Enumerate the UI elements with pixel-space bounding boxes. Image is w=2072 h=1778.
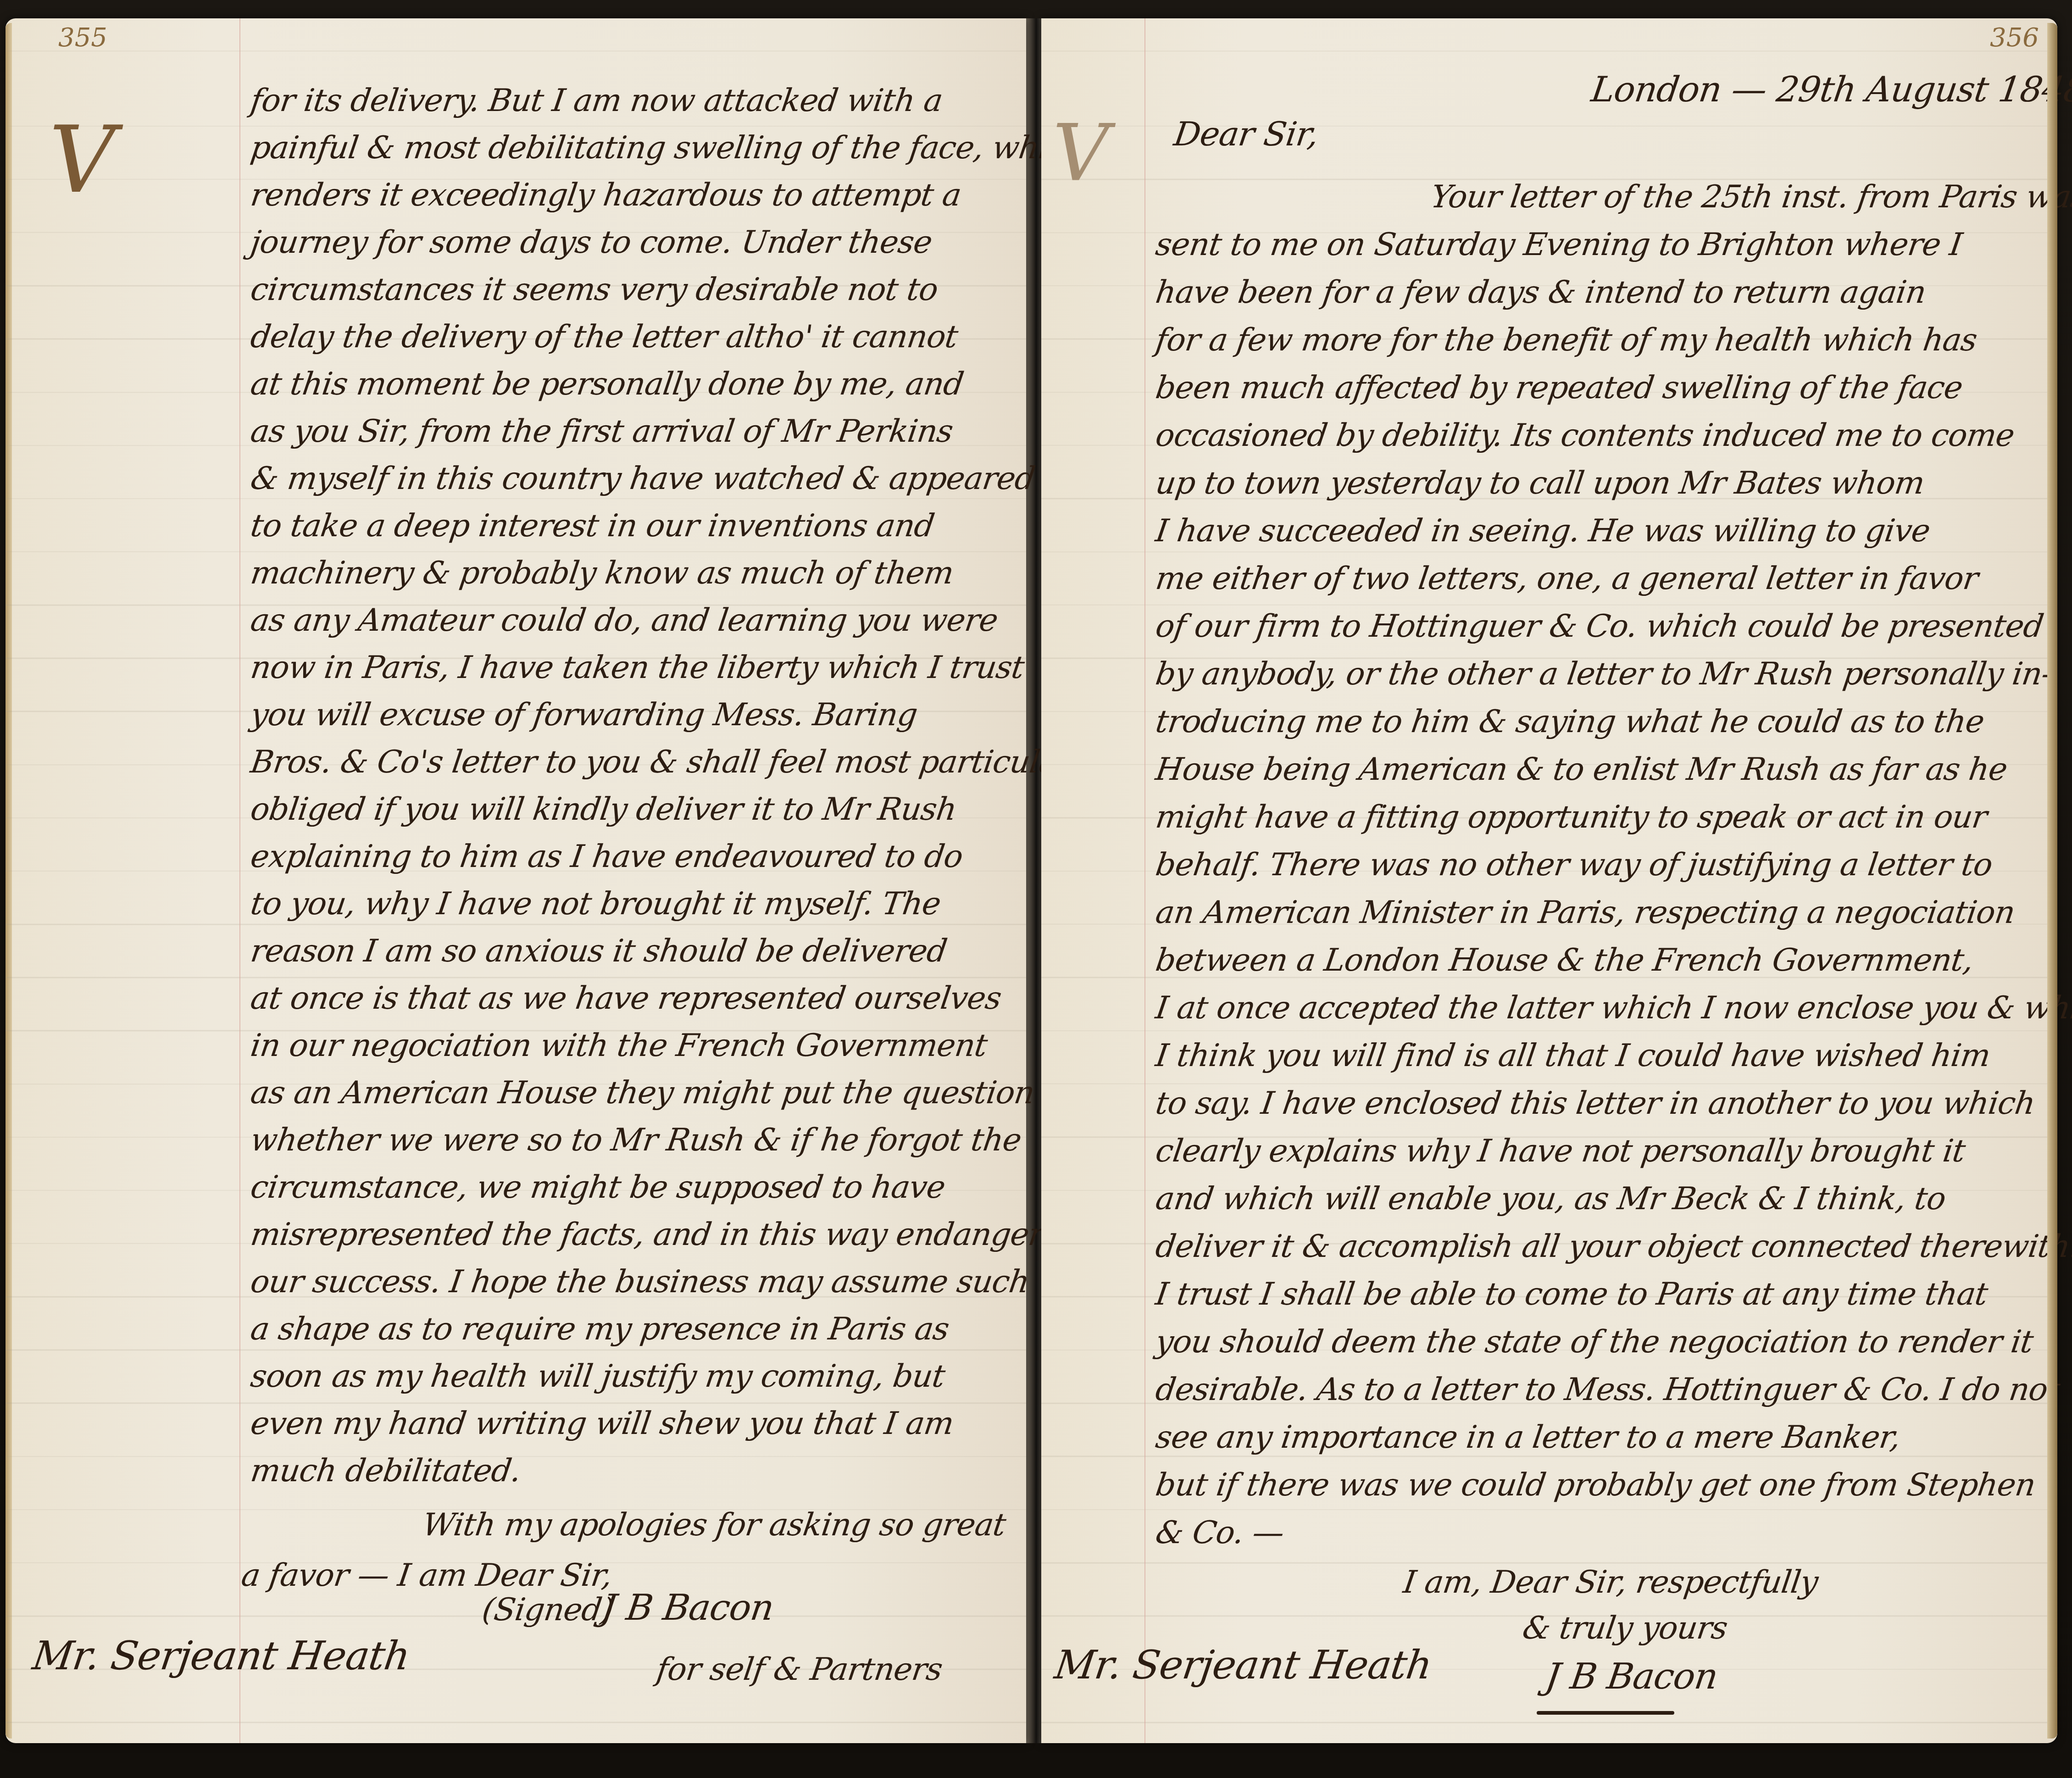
open-ledger-book: 355 V for its delivery. But I am now att…: [0, 0, 2072, 1778]
text-line: I trust I shall be able to come to Paris…: [1153, 1276, 1989, 1312]
text-line: between a London House & the French Gove…: [1153, 942, 1975, 978]
text-line: as you Sir, from the first arrival of Mr…: [248, 413, 955, 450]
salutation: Dear Sir,: [1172, 115, 1321, 153]
text-line: circumstances it seems very desirable no…: [248, 272, 940, 308]
text-line: for its delivery. But I am now attacked …: [248, 83, 944, 119]
margin-rule: [239, 18, 240, 1743]
text-line: painful & most debilitating swelling of …: [248, 130, 1087, 166]
text-line: behalf. There was no other way of justif…: [1153, 847, 1994, 883]
text-line: reason I am so anxious it should be deli…: [248, 933, 949, 969]
text-line: much debilitated.: [248, 1453, 523, 1489]
text-line: might have a fitting opportunity to spea…: [1153, 799, 1989, 835]
margin-rule: [1144, 18, 1145, 1743]
text-line: sent to me on Saturday Evening to Bright…: [1153, 227, 1964, 263]
text-line: deliver it & accomplish all your object …: [1153, 1228, 2072, 1265]
text-line: now in Paris, I have taken the liberty w…: [248, 650, 1026, 686]
text-line: House being American & to enlist Mr Rush…: [1153, 751, 2009, 788]
text-line: machinery & probably know as much of the…: [248, 555, 955, 591]
text-line: I at once accepted the latter which I no…: [1153, 990, 2072, 1026]
text-line: by anybody, or the other a letter to Mr …: [1153, 656, 2054, 692]
signature: J B Bacon: [1543, 1656, 1721, 1697]
left-page: 355 V for its delivery. But I am now att…: [6, 18, 1026, 1743]
text-line: clearly explains why I have not personal…: [1153, 1133, 1967, 1169]
text-line: in our negociation with the French Gover…: [248, 1028, 989, 1064]
text-line: but if there was we could probably get o…: [1153, 1467, 2038, 1503]
text-line: and which will enable you, as Mr Beck & …: [1153, 1181, 1948, 1217]
text-line: an American Minister in Paris, respectin…: [1153, 895, 2017, 931]
text-line: to say. I have enclosed this letter in a…: [1153, 1085, 2037, 1122]
closing-line: I am, Dear Sir, respectfully: [1401, 1564, 1820, 1600]
text-line: Your letter of the 25th inst. from Paris…: [1428, 179, 2072, 215]
text-line: renders it exceedingly hazardous to atte…: [248, 177, 963, 213]
text-line: you will excuse of forwarding Mess. Bari…: [248, 697, 919, 733]
text-line: & myself in this country have watched & …: [248, 461, 1037, 497]
text-line: have been for a few days & intend to ret…: [1153, 274, 1928, 311]
text-line: & Co. —: [1153, 1515, 1286, 1551]
text-line: a shape as to require my presence in Par…: [248, 1311, 951, 1347]
addressee: Mr. Serjeant Heath: [1052, 1642, 1435, 1688]
page-number: 356: [1990, 23, 2039, 53]
text-line: Bros. & Co's letter to you & shall feel …: [248, 744, 1101, 780]
text-line: to you, why I have not brought it myself…: [248, 886, 943, 922]
text-line: occasioned by debility. Its contents ind…: [1153, 417, 2016, 454]
checkmark-icon: V: [1053, 115, 1109, 193]
text-line: obliged if you will kindly deliver it to…: [248, 791, 958, 828]
signature-subline: for self & Partners: [654, 1651, 944, 1688]
text-line: our success. I hope the business may ass…: [248, 1264, 1031, 1300]
text-line: misrepresented the facts, and in this wa…: [248, 1217, 1045, 1253]
text-line: as any Amateur could do, and learning yo…: [248, 602, 1000, 639]
text-line: to take a deep interest in our invention…: [248, 508, 936, 544]
closing-line: a favor — I am Dear Sir,: [239, 1557, 614, 1594]
text-line: been much affected by repeated swelling …: [1153, 370, 1965, 406]
closing-line: With my apologies for asking so great: [420, 1507, 1008, 1543]
text-line: me either of two letters, one, a general…: [1153, 561, 1980, 597]
text-line: for a few more for the benefit of my hea…: [1153, 322, 1979, 358]
right-page: 356 V London — 29th August 1848 Dear Sir…: [1041, 18, 2057, 1743]
text-line: I have succeeded in seeing. He was willi…: [1153, 513, 1932, 549]
signed-label: (Signed): [480, 1592, 616, 1628]
text-line: delay the delivery of the letter altho' …: [248, 319, 960, 355]
text-line: soon as my health will justify my coming…: [248, 1358, 947, 1395]
page-number: 355: [58, 23, 107, 53]
text-line: as an American House they might put the …: [248, 1075, 1036, 1111]
text-line: desirable. As to a letter to Mess. Hotti…: [1153, 1372, 2062, 1408]
text-line: you should deem the state of the negocia…: [1153, 1324, 2035, 1360]
closing-line: & truly yours: [1520, 1610, 1729, 1646]
signature-flourish: [1537, 1711, 1674, 1715]
signature: J B Bacon: [599, 1587, 777, 1628]
text-line: see any importance in a letter to a mere…: [1153, 1419, 1902, 1456]
text-line: explaining to him as I have endeavoured …: [248, 839, 965, 875]
dateline: London — 29th August 1848: [1589, 69, 2072, 110]
text-line: at once is that as we have represented o…: [248, 980, 1003, 1017]
text-line: even my hand writing will shew you that …: [248, 1406, 955, 1442]
text-line: journey for some days to come. Under the…: [248, 224, 934, 261]
text-line: of our firm to Hottinguer & Co. which co…: [1153, 608, 2045, 645]
text-line: at this moment be personally done by me,…: [248, 366, 966, 402]
text-line: circumstance, we might be supposed to ha…: [248, 1169, 947, 1206]
text-line: up to town yesterday to call upon Mr Bat…: [1153, 465, 1927, 501]
checkmark-icon: V: [49, 115, 115, 206]
text-line: I think you will find is all that I coul…: [1153, 1038, 1992, 1074]
text-line: whether we were so to Mr Rush & if he fo…: [248, 1122, 1023, 1158]
addressee: Mr. Serjeant Heath: [30, 1633, 413, 1679]
text-line: troducing me to him & saying what he cou…: [1153, 704, 1986, 740]
